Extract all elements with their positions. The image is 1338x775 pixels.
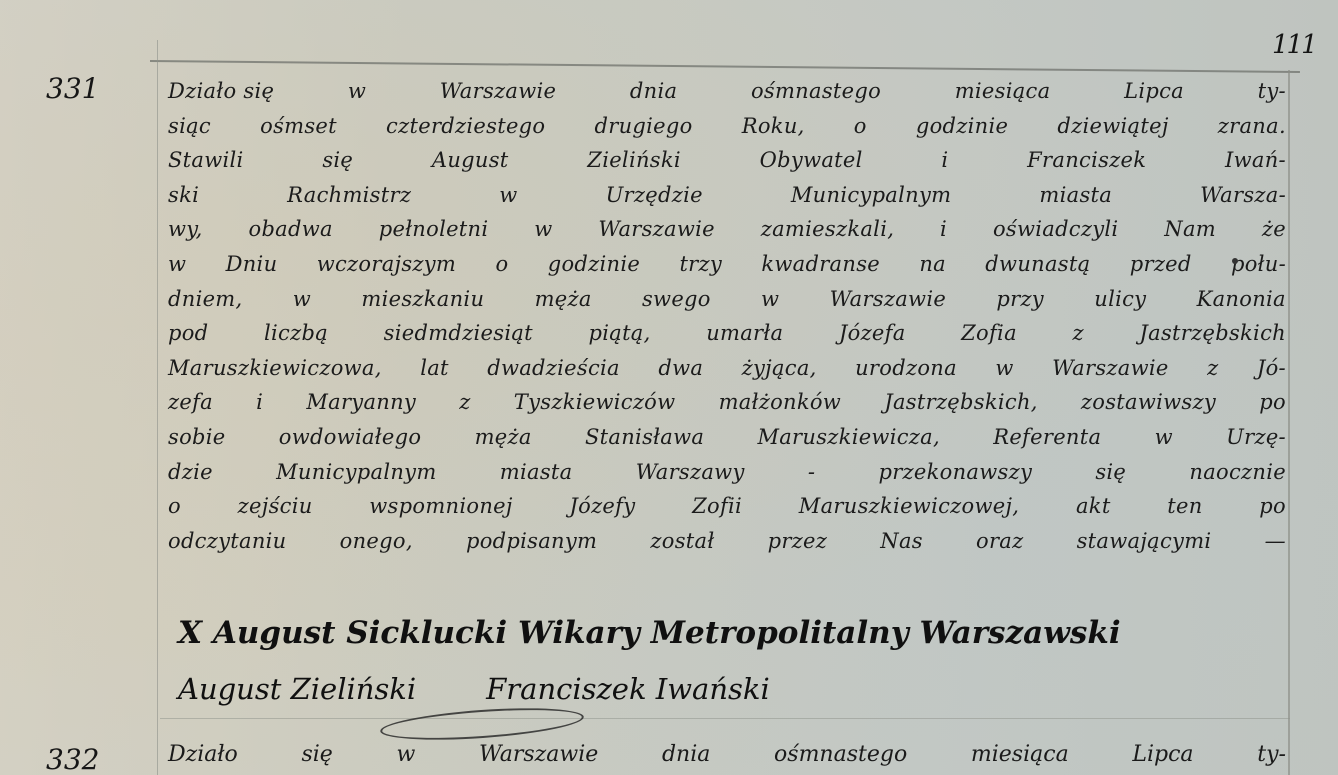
word: na <box>919 247 946 282</box>
word: został <box>650 524 714 559</box>
word: Franciszek <box>1027 143 1146 178</box>
word: o <box>854 109 867 144</box>
word: Referenta <box>993 420 1101 455</box>
entry-number: 332 <box>46 743 99 775</box>
ink-blot <box>1232 258 1238 264</box>
word: dnia <box>662 742 710 767</box>
text-line: wDniuwczorajszymogodzinietrzykwadransena… <box>168 247 1286 282</box>
word: Zieliński <box>587 143 681 178</box>
word: przez <box>768 524 828 559</box>
word: męża <box>535 282 592 317</box>
word: połu- <box>1231 247 1286 282</box>
entry-number: 331 <box>46 72 99 105</box>
word: po <box>1259 489 1286 524</box>
word: przy <box>996 282 1044 317</box>
word: Warszawie <box>1052 351 1169 386</box>
word: zrana. <box>1218 109 1286 144</box>
left-margin-line <box>157 40 158 775</box>
word: pełnoletni <box>379 212 489 247</box>
entry-332-first-line: DziałosięwWarszawiedniaośmnastegomiesiąc… <box>168 742 1326 767</box>
word: akt <box>1076 489 1111 524</box>
text-line: dzieMunicypalnymmiastaWarszawy-przekonaw… <box>168 455 1286 490</box>
word: dniem, <box>168 282 243 317</box>
word: podpisanym <box>466 524 597 559</box>
word: w <box>761 282 779 317</box>
text-line: StawilisięAugustZielińskiObywateliFranci… <box>168 143 1286 178</box>
word: swego <box>642 282 711 317</box>
word: trzy <box>679 247 722 282</box>
text-line: Działo sięwWarszawiedniaośmnastegomiesią… <box>168 74 1286 109</box>
word: Stanisława <box>585 420 704 455</box>
word: umarła <box>706 316 783 351</box>
text-line: dniem,wmieszkaniumężaswegowWarszawieprzy… <box>168 282 1286 317</box>
word: i <box>940 212 947 247</box>
word: że <box>1262 212 1286 247</box>
word: Urzędzie <box>606 178 703 213</box>
word: Warszawie <box>598 212 715 247</box>
word: dwadzieścia <box>487 351 620 386</box>
word: kwadranse <box>761 247 880 282</box>
word: z <box>1072 316 1083 351</box>
word: Obywatel <box>760 143 863 178</box>
text-line: podliczbąsiedmdziesiątpiątą,umarłaJózefa… <box>168 316 1286 351</box>
word: dzie <box>168 455 213 490</box>
word: Nam <box>1164 212 1216 247</box>
witness-signature-1: August Zieliński <box>178 661 416 717</box>
word: oraz <box>976 524 1023 559</box>
entry-separator-line <box>160 718 1290 719</box>
word: małżonków <box>719 385 842 420</box>
text-line: Maruszkiewiczowa,latdwadzieściadważyjąca… <box>168 351 1286 386</box>
word: Maruszkiewicza, <box>757 420 940 455</box>
word: Roku, <box>742 109 805 144</box>
word: w <box>1155 420 1173 455</box>
text-line: odczytaniuonego,podpisanymzostałprzezNas… <box>168 524 1286 559</box>
word: w <box>348 74 366 109</box>
word: naocznie <box>1189 455 1286 490</box>
word: o <box>168 489 181 524</box>
word: z <box>1207 351 1218 386</box>
top-ruled-line <box>150 60 1300 73</box>
word: owdowiałego <box>279 420 422 455</box>
right-margin-line <box>1288 70 1290 775</box>
word: w <box>397 742 416 767</box>
word: miesiąca <box>971 742 1069 767</box>
word: Warszawy <box>636 455 745 490</box>
text-line: skiRachmistrzwUrzędzieMunicypalnymmiasta… <box>168 178 1286 213</box>
word: zefa <box>168 385 213 420</box>
text-line: zefaiMaryannyzTyszkiewiczówmałżonkówJast… <box>168 385 1286 420</box>
text-line: siącośmsetczterdziestegodrugiegoRoku,ogo… <box>168 109 1286 144</box>
word: ty- <box>1258 74 1286 109</box>
word: w <box>168 247 186 282</box>
word: Kanonia <box>1197 282 1286 317</box>
word: zostawiwszy <box>1081 385 1216 420</box>
word: i <box>256 385 263 420</box>
word: w <box>534 212 552 247</box>
word: Zofii <box>692 489 742 524</box>
word: Maruszkiewiczowa, <box>168 351 382 386</box>
word: ski <box>168 178 199 213</box>
word: August <box>432 143 509 178</box>
word: męża <box>475 420 532 455</box>
word: Nas <box>880 524 923 559</box>
text-line: ozejściuwspomnionejJózefyZofiiMaruszkiew… <box>168 489 1286 524</box>
word: dwa <box>658 351 703 386</box>
witness-signatures: August Zieliński Franciszek Iwański <box>178 661 1278 717</box>
word: Józefa <box>839 316 906 351</box>
entry-331-text: Działo sięwWarszawiedniaośmnastegomiesią… <box>168 74 1286 558</box>
word: miasta <box>1039 178 1112 213</box>
word: urodzona <box>855 351 957 386</box>
word: Lipca <box>1124 74 1184 109</box>
word: dnia <box>630 74 677 109</box>
page-number: 111 <box>1272 30 1316 60</box>
word: Urzę- <box>1226 420 1286 455</box>
word: Maryanny <box>306 385 416 420</box>
word: zamieszkali, <box>761 212 894 247</box>
word: wspomnionej <box>369 489 512 524</box>
word: Warszawie <box>479 742 598 767</box>
word: ten <box>1167 489 1202 524</box>
word: w <box>293 282 311 317</box>
word: Działo się <box>168 74 274 109</box>
text-line: wy,obadwapełnoletniwWarszawiezamieszkali… <box>168 212 1286 247</box>
word: dziewiątej <box>1057 109 1168 144</box>
text-line: sobieowdowiałegomężaStanisławaMaruszkiew… <box>168 420 1286 455</box>
word: wy, <box>168 212 203 247</box>
word: Dniu <box>226 247 278 282</box>
word: Józefy <box>569 489 635 524</box>
word: Warszawie <box>830 282 947 317</box>
word: się <box>322 143 353 178</box>
word: Jastrzębskich, <box>884 385 1038 420</box>
word: miesiąca <box>955 74 1051 109</box>
word: liczbą <box>264 316 328 351</box>
signature-block: X August Sicklucki Wikary Metropolitalny… <box>178 605 1278 717</box>
word: sobie <box>168 420 226 455</box>
word: oświadczyli <box>993 212 1119 247</box>
word: Działo <box>168 742 238 767</box>
word: pod <box>168 316 208 351</box>
word: wczorajszym <box>317 247 456 282</box>
word: Maruszkiewiczowej, <box>799 489 1019 524</box>
word: piątą, <box>588 316 650 351</box>
word: drugiego <box>595 109 693 144</box>
word: Tyszkiewiczów <box>514 385 676 420</box>
word: Warsza- <box>1200 178 1286 213</box>
word: przed <box>1130 247 1192 282</box>
word: czterdziestego <box>386 109 545 144</box>
word: godzinie <box>916 109 1008 144</box>
word: ośmnastego <box>751 74 881 109</box>
word: obadwa <box>249 212 333 247</box>
word: siąc <box>168 109 211 144</box>
word: Municypalnym <box>791 178 951 213</box>
word: stawającymi <box>1077 524 1212 559</box>
officiant-signature: X August Sicklucki Wikary Metropolitalny… <box>178 605 1278 661</box>
word: ulicy <box>1094 282 1146 317</box>
word: - <box>808 455 815 490</box>
word: i <box>941 143 948 178</box>
word: dwunastą <box>985 247 1090 282</box>
word: ty- <box>1257 742 1286 767</box>
word: Municypalnym <box>276 455 436 490</box>
word: Rachmistrz <box>287 178 411 213</box>
word: przekonawszy <box>878 455 1032 490</box>
word: miasta <box>500 455 573 490</box>
word: żyjąca, <box>742 351 817 386</box>
word: Iwań- <box>1225 143 1286 178</box>
word: ośmnastego <box>774 742 907 767</box>
word: zejściu <box>238 489 313 524</box>
word: mieszkaniu <box>361 282 484 317</box>
word: lat <box>420 351 449 386</box>
word: z <box>459 385 470 420</box>
word: się <box>1095 455 1126 490</box>
word: Stawili <box>168 143 244 178</box>
word: odczytaniu <box>168 524 287 559</box>
word: się <box>301 742 332 767</box>
word: Zofia <box>961 316 1017 351</box>
word: o <box>495 247 508 282</box>
word: onego, <box>340 524 413 559</box>
word: Jó- <box>1257 351 1286 386</box>
word: Warszawie <box>440 74 557 109</box>
word: po <box>1259 385 1286 420</box>
word: Jastrzębskich <box>1139 316 1286 351</box>
word: — <box>1265 524 1286 559</box>
word: w <box>995 351 1013 386</box>
word: ośmset <box>260 109 337 144</box>
word: siedmdziesiąt <box>384 316 533 351</box>
word: Lipca <box>1132 742 1193 767</box>
word: w <box>499 178 517 213</box>
word: godzinie <box>548 247 640 282</box>
